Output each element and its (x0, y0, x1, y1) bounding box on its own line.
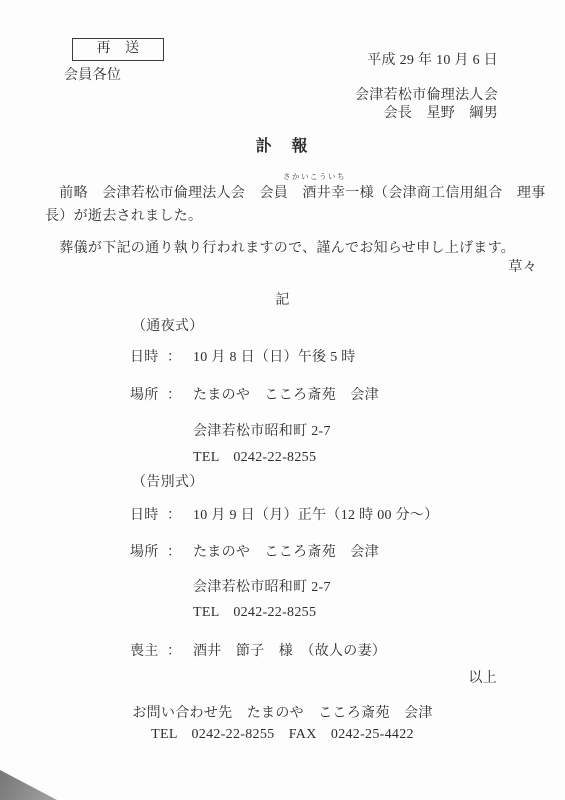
wake-address: 会津若松市昭和町 2-7 (193, 420, 331, 440)
farewell-place-label: 場所 (130, 541, 167, 561)
record-marker: 記 (0, 289, 565, 309)
farewell-place-value: たまのや こころ斎苑 会津 (193, 545, 379, 560)
wake-datetime-row: 日時：10 月 8 日（日）午後 5 時 (130, 346, 356, 366)
wake-place-label: 場所 (130, 384, 167, 404)
footer-contact: お問い合わせ先 たまのや こころ斎苑 会津 (0, 702, 565, 722)
farewell-place-row: 場所：たまのや こころ斎苑 会津 (130, 541, 379, 561)
wake-place-value: たまのや こころ斎苑 会津 (193, 388, 379, 403)
mourner-label: 喪主 (130, 640, 167, 660)
deceased-name: 酒井幸一 (302, 186, 359, 201)
farewell-section-heading: （告別式） (132, 471, 204, 491)
farewell-datetime-row: 日時：10 月 9 日（月）正午（12 時 00 分～） (130, 504, 439, 524)
obituary-notice-page: 再 送 会員各位 平成 29 年 10 月 6 日 会津若松市倫理法人会 会長 … (0, 0, 565, 800)
resend-stamp: 再 送 (72, 38, 164, 61)
farewell-tel: TEL 0242-22-8255 (193, 601, 316, 621)
farewell-datetime-colon: ： (167, 504, 193, 524)
closing-soso: 草々 (508, 256, 537, 276)
wake-section-heading: （通夜式） (132, 315, 204, 335)
closing-ijou: 以上 (468, 667, 497, 687)
wake-datetime-label: 日時 (130, 346, 167, 366)
farewell-address: 会津若松市昭和町 2-7 (193, 576, 331, 596)
wake-datetime-colon: ： (167, 346, 193, 366)
footer-telfax: TEL 0242-22-8255 FAX 0242-25-4422 (0, 723, 565, 743)
body-line-2: 長）が逝去されました。 (45, 205, 202, 225)
body-line-1-pre: 前略 会津若松市倫理法人会 会員 (45, 186, 302, 201)
wake-place-row: 場所：たまのや こころ斎苑 会津 (130, 384, 379, 404)
recipient-line: 会員各位 (64, 64, 121, 84)
deceased-furigana: さかいこういち (283, 171, 346, 182)
farewell-datetime-label: 日時 (130, 504, 167, 524)
wake-datetime-value: 10 月 8 日（日）午後 5 時 (193, 350, 356, 365)
farewell-datetime-value: 10 月 9 日（月）正午（12 時 00 分～） (193, 508, 439, 523)
mourner-value: 酒井 節子 様 （故人の妻） (193, 644, 386, 659)
mourner-row: 喪主：酒井 節子 様 （故人の妻） (130, 640, 386, 660)
body-line-1: 前略 会津若松市倫理法人会 会員 酒井幸一様（会津商工信用組合 理事 (45, 182, 546, 202)
funeral-announcement: 葬儀が下記の通り執り行われますので、謹んでお知らせ申し上げます。 (45, 237, 515, 257)
farewell-place-colon: ： (167, 541, 193, 561)
notice-title: 訃 報 (0, 133, 565, 156)
body-line-1-post: 様（会津商工信用組合 理事 (360, 186, 546, 201)
wake-place-colon: ： (167, 384, 193, 404)
wake-tel: TEL 0242-22-8255 (193, 446, 316, 466)
page-corner-fold (0, 770, 57, 800)
organization-name: 会津若松市倫理法人会 (355, 84, 498, 104)
president-name: 会長 星野 綱男 (384, 102, 498, 122)
issue-date: 平成 29 年 10 月 6 日 (367, 49, 498, 69)
mourner-colon: ： (167, 640, 193, 660)
